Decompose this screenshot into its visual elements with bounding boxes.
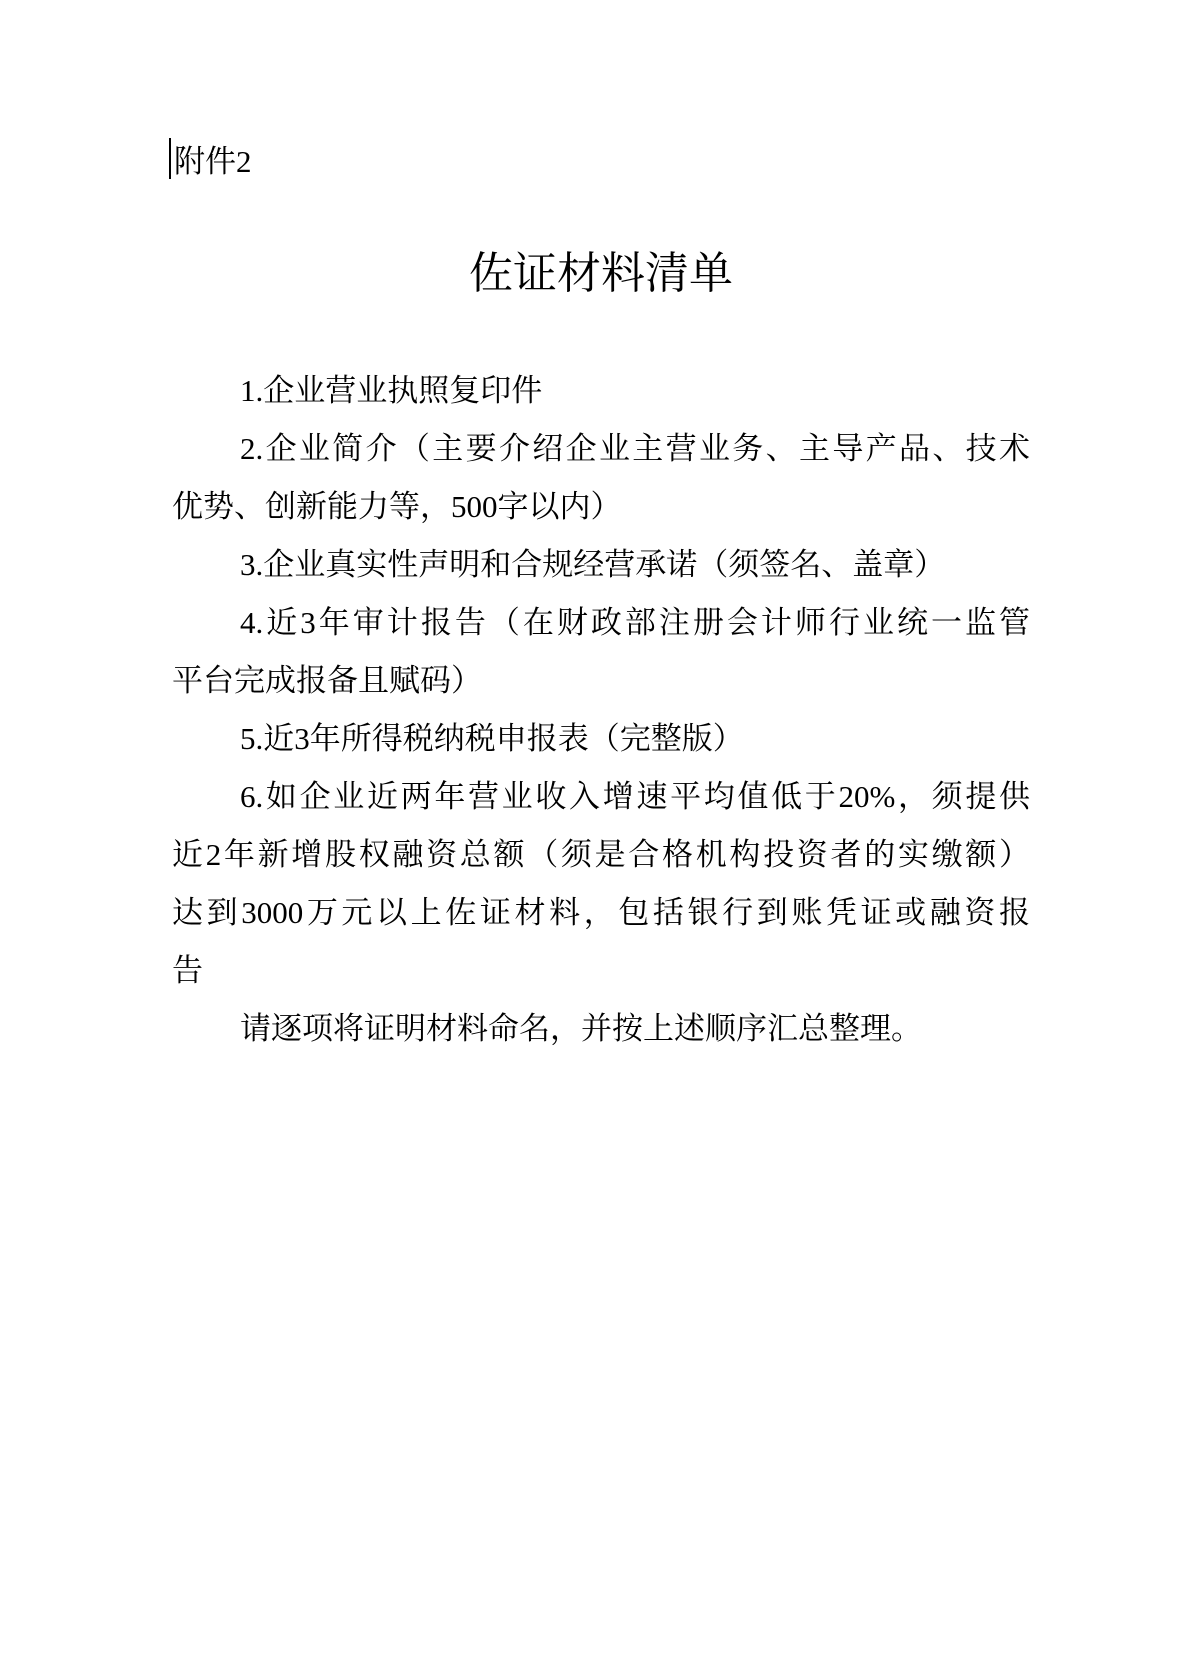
list-item-4-line-1: 4.近3年审计报告（在财政部注册会计师行业统一监管: [172, 594, 1030, 652]
list-item-6-line-3: 达到3000万元以上佐证材料，包括银行到账凭证或融资报: [172, 884, 1030, 942]
list-item-3: 3.企业真实性声明和合规经营承诺（须签名、盖章）: [172, 536, 1030, 594]
document-page: 附件2 佐证材料清单 1.企业营业执照复印件 2.企业简介（主要介绍企业主营业务…: [0, 0, 1179, 1656]
page-title: 佐证材料清单: [172, 242, 1030, 306]
list-item-4-line-2: 平台完成报备且赋码）: [172, 652, 1030, 710]
list-item-6-line-2: 近2年新增股权融资总额（须是合格机构投资者的实缴额）: [172, 826, 1030, 884]
list-item-1: 1.企业营业执照复印件: [172, 362, 1030, 420]
attachment-label: 附件2: [174, 144, 252, 179]
list-item-5: 5.近3年所得税纳税申报表（完整版）: [172, 710, 1030, 768]
list-item-2-line-1: 2.企业简介（主要介绍企业主营业务、主导产品、技术: [172, 420, 1030, 478]
list-item-2-line-2: 优势、创新能力等，500字以内）: [172, 478, 1030, 536]
attachment-label-row: 附件2: [169, 138, 1179, 184]
list-item-6-line-1: 6.如企业近两年营业收入增速平均值低于20%，须提供: [172, 768, 1030, 826]
list-item-6-line-4: 告: [172, 942, 1030, 1000]
text-cursor: [169, 138, 171, 179]
document-body: 1.企业营业执照复印件 2.企业简介（主要介绍企业主营业务、主导产品、技术 优势…: [172, 362, 1030, 1058]
closing-note: 请逐项将证明材料命名，并按上述顺序汇总整理。: [172, 1000, 1030, 1058]
